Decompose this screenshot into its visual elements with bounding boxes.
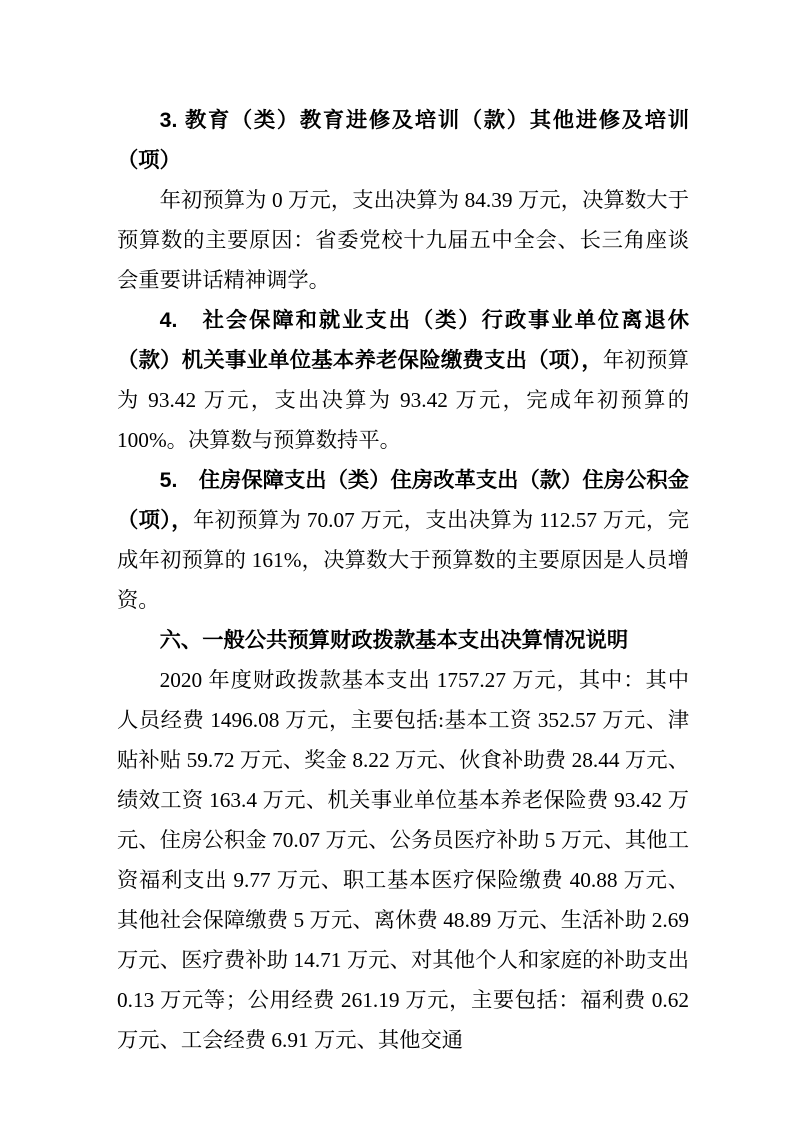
section-3-heading: 3. 教育（类）教育进修及培训（款）其他进修及培训（项） [117,100,689,180]
document-page: 3. 教育（类）教育进修及培训（款）其他进修及培训（项） 年初预算为 0 万元，… [0,0,793,1122]
section-6-paragraph: 2020 年度财政拨款基本支出 1757.27 万元，其中：其中人员经费 149… [117,660,689,1060]
section-5-paragraph: 5. 住房保障支出（类）住房改革支出（款）住房公积金（项），年初预算为 70.0… [117,460,689,620]
section-3-paragraph: 年初预算为 0 万元，支出决算为 84.39 万元，决算数大于预算数的主要原因：… [117,180,689,300]
section-4-paragraph: 4. 社会保障和就业支出（类）行政事业单位离退休（款）机关事业单位基本养老保险缴… [117,300,689,460]
section-5-body-text: 年初预算为 70.07 万元，支出决算为 112.57 万元，完成年初预算的 1… [117,508,689,612]
document-content: 3. 教育（类）教育进修及培训（款）其他进修及培训（项） 年初预算为 0 万元，… [117,100,689,1060]
section-6-heading: 六、一般公共预算财政拨款基本支出决算情况说明 [117,620,689,660]
